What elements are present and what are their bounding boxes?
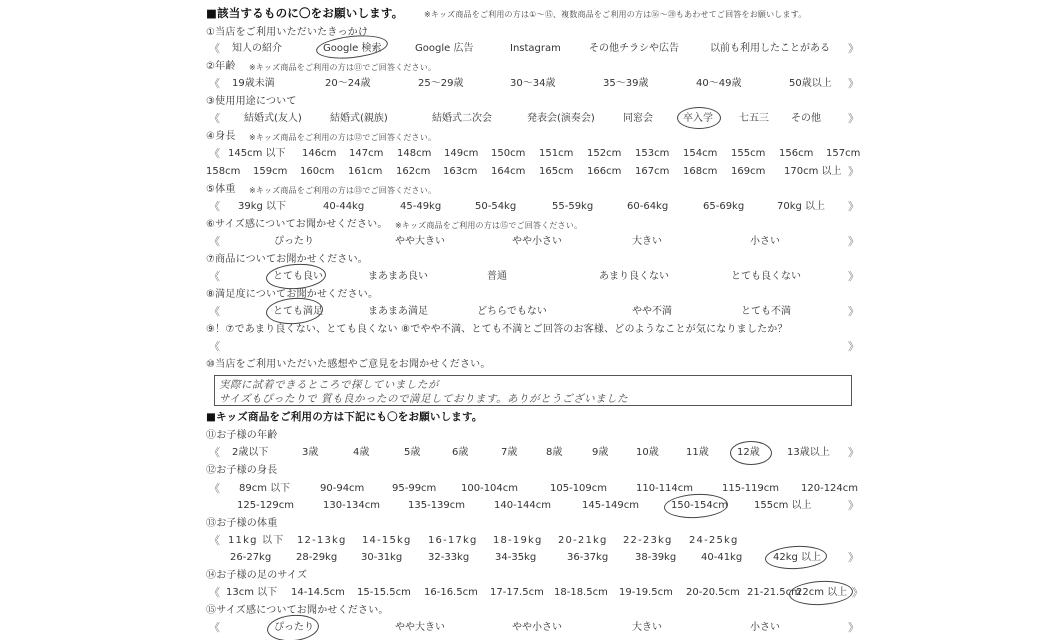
q5-option[interactable]: 40-44kg xyxy=(323,201,364,213)
q13-option[interactable]: 12-13kg xyxy=(297,535,347,547)
bracket-close: 》 xyxy=(848,43,859,55)
bracket-close: 》 xyxy=(848,447,859,459)
q4-option[interactable]: 160cm xyxy=(300,166,334,178)
bracket-close: 》 xyxy=(848,236,859,248)
bracket-open: 《 xyxy=(209,622,220,634)
q14-option[interactable]: 18-18.5cm xyxy=(554,587,608,599)
q12-option[interactable]: 120-124cm xyxy=(801,483,858,495)
q11-option[interactable]: 2歳以下 xyxy=(232,447,268,459)
q3-option[interactable]: 結婚式(親族) xyxy=(330,113,388,125)
q15-option[interactable]: 大きい xyxy=(632,622,662,634)
q6-label: ⑥サイズ感についてお聞かせください。 xyxy=(206,219,388,231)
bracket-open: 《 xyxy=(209,43,220,55)
comment-line-2: サイズもぴったりで 質も良かったので満足しております。ありがとうございました xyxy=(219,391,628,406)
q13-option[interactable]: 26-27kg xyxy=(230,552,271,564)
bracket-open: 《 xyxy=(209,341,220,353)
q12-option[interactable]: 145-149cm xyxy=(582,500,639,512)
q11-option[interactable]: 4歳 xyxy=(353,447,369,459)
q5-option[interactable]: 65-69kg xyxy=(703,201,744,213)
bracket-open: 《 xyxy=(209,236,220,248)
q4-option[interactable]: 159cm xyxy=(253,166,287,178)
q13-option[interactable]: 32-33kg xyxy=(428,552,469,564)
q1-option[interactable]: Instagram xyxy=(510,43,561,55)
bracket-close: 》 xyxy=(848,306,859,318)
q13-option[interactable]: 34-35kg xyxy=(495,552,536,564)
q13-option[interactable]: 42kg 以上 xyxy=(773,552,821,564)
q8-label: ⑧満足度についてお聞かせください。 xyxy=(206,289,378,301)
q5-note: ※キッズ商品をご利用の方は⑬でご回答ください。 xyxy=(249,185,436,197)
bracket-open: 《 xyxy=(209,271,220,283)
comment-line-1: 実際に試着できるところで探していましたが xyxy=(219,377,439,392)
q15-label: ⑮サイズ感についてお聞かせください。 xyxy=(206,605,389,617)
q15-option[interactable]: やや小さい xyxy=(512,622,562,634)
bracket-open: 《 xyxy=(209,483,220,495)
q8-option[interactable]: どちらでもない xyxy=(477,306,547,318)
q6-option[interactable]: ぴったり xyxy=(274,236,314,248)
q4-option[interactable]: 168cm xyxy=(683,166,717,178)
q9-label: ⑨！⑦であまり良くない、とても良くない ⑧でやや不満、とても不満とご回答のお客様… xyxy=(206,324,788,336)
q11-option[interactable]: 13歳以上 xyxy=(787,447,830,459)
q6-note: ※キッズ商品をご利用の方は⑮でご回答ください。 xyxy=(395,220,582,232)
q4-option[interactable]: 167cm xyxy=(635,166,669,178)
q4-option[interactable]: 156cm xyxy=(779,148,813,160)
bracket-open: 《 xyxy=(209,447,220,459)
survey-sheet: ■該当するものに〇をお願いします。 ※キッズ商品をご利用の方は①～⑮、複数商品を… xyxy=(0,0,1060,640)
q13-option[interactable]: 16-17kg xyxy=(428,535,478,547)
q12-option[interactable]: 95-99cm xyxy=(392,483,436,495)
q3-option[interactable]: その他 xyxy=(791,113,821,125)
q5-option[interactable]: 39kg 以下 xyxy=(238,201,286,213)
q13-option[interactable]: 30-31kg xyxy=(361,552,402,564)
bracket-close: 》 xyxy=(848,201,859,213)
q5-option[interactable]: 45-49kg xyxy=(400,201,441,213)
q14-option[interactable]: 16-16.5cm xyxy=(424,587,478,599)
q6-option[interactable]: 大きい xyxy=(632,236,662,248)
q12-option[interactable]: 155cm 以上 xyxy=(754,500,812,512)
q2-option[interactable]: 20～24歳 xyxy=(325,78,370,90)
q4-option[interactable]: 147cm xyxy=(349,148,383,160)
q4-option[interactable]: 148cm xyxy=(397,148,431,160)
q5-option[interactable]: 70kg 以上 xyxy=(777,201,825,213)
q7-option[interactable]: 普通 xyxy=(487,271,507,283)
q14-option[interactable]: 22cm 以上 xyxy=(796,587,847,599)
q14-option[interactable]: 19-19.5cm xyxy=(619,587,673,599)
q4-option[interactable]: 151cm xyxy=(539,148,573,160)
q11-option[interactable]: 11歳 xyxy=(686,447,709,459)
bracket-open: 《 xyxy=(209,535,220,547)
q13-option[interactable]: 18-19kg xyxy=(493,535,543,547)
q3-option[interactable]: 七五三 xyxy=(739,113,769,125)
q3-option[interactable]: 同窓会 xyxy=(623,113,653,125)
bracket-close: 》 xyxy=(848,271,859,283)
bracket-open: 《 xyxy=(209,113,220,125)
q3-option[interactable]: 結婚式(友人) xyxy=(244,113,302,125)
q12-option[interactable]: 150-154cm xyxy=(671,500,728,512)
q6-option[interactable]: 小さい xyxy=(750,236,780,248)
q13-label: ⑬お子様の体重 xyxy=(206,518,277,530)
q11-option[interactable]: 7歳 xyxy=(501,447,517,459)
comment-box[interactable]: 実際に試着できるところで探していましたが サイズもぴったりで 質も良かったので満… xyxy=(214,375,852,406)
q8-option[interactable]: とても満足 xyxy=(273,306,323,318)
q15-option[interactable]: 小さい xyxy=(750,622,780,634)
q15-option[interactable]: ぴったり xyxy=(274,622,314,634)
q4-option[interactable]: 145cm 以下 xyxy=(228,148,286,160)
bracket-close: 》 xyxy=(848,552,859,564)
q1-option[interactable]: Google 検索 xyxy=(323,43,381,55)
q12-option[interactable]: 125-129cm xyxy=(237,500,294,512)
q11-option[interactable]: 9歳 xyxy=(592,447,608,459)
q4-option[interactable]: 155cm xyxy=(731,148,765,160)
q4-option[interactable]: 165cm xyxy=(539,166,573,178)
q7-option[interactable]: とても良くない xyxy=(731,271,801,283)
q4-option[interactable]: 157cm xyxy=(826,148,860,160)
q4-option[interactable]: 170cm 以上 xyxy=(784,166,842,178)
q4-option[interactable]: 150cm xyxy=(491,148,525,160)
q11-option[interactable]: 5歳 xyxy=(404,447,420,459)
q5-option[interactable]: 55-59kg xyxy=(552,201,593,213)
bracket-close: 》 xyxy=(852,587,863,599)
q12-option[interactable]: 130-134cm xyxy=(323,500,380,512)
q11-option[interactable]: 6歳 xyxy=(452,447,468,459)
q14-option[interactable]: 20-20.5cm xyxy=(686,587,740,599)
q7-label: ⑦商品についてお聞かせください。 xyxy=(206,254,368,266)
q12-option[interactable]: 135-139cm xyxy=(408,500,465,512)
q13-option[interactable]: 22-23kg xyxy=(623,535,673,547)
q2-option[interactable]: 25～29歳 xyxy=(418,78,463,90)
q3-label: ③使用用途について xyxy=(206,96,297,108)
q14-option[interactable]: 21-21.5cm xyxy=(747,587,801,599)
q5-label: ⑤体重 xyxy=(206,184,236,196)
q4-option[interactable]: 149cm xyxy=(444,148,478,160)
q12-label: ⑫お子様の身長 xyxy=(206,465,277,477)
bracket-close: 》 xyxy=(848,341,859,353)
q4-option[interactable]: 154cm xyxy=(683,148,717,160)
q4-option[interactable]: 162cm xyxy=(396,166,430,178)
q12-option[interactable]: 110-114cm xyxy=(636,483,693,495)
q3-option[interactable]: 卒入学 xyxy=(683,113,713,125)
q7-option[interactable]: とても良い xyxy=(273,271,323,283)
q15-option[interactable]: やや大きい xyxy=(395,622,445,634)
q4-option[interactable]: 164cm xyxy=(491,166,525,178)
q8-option[interactable]: まあまあ満足 xyxy=(368,306,428,318)
q7-option[interactable]: あまり良くない xyxy=(599,271,669,283)
q1-option[interactable]: 以前も利用したことがある xyxy=(710,43,830,55)
q14-option[interactable]: 14-14.5cm xyxy=(291,587,345,599)
q3-option[interactable]: 発表会(演奏会) xyxy=(527,113,595,125)
q6-option[interactable]: やや小さい xyxy=(512,236,562,248)
q11-option[interactable]: 8歳 xyxy=(546,447,562,459)
q4-option[interactable]: 152cm xyxy=(587,148,621,160)
q7-option[interactable]: まあまあ良い xyxy=(368,271,428,283)
q13-option[interactable]: 38-39kg xyxy=(635,552,676,564)
q4-option[interactable]: 166cm xyxy=(587,166,621,178)
q2-option[interactable]: 50歳以上 xyxy=(789,78,832,90)
kids-section-title: ■キッズ商品をご利用の方は下記にも〇をお願いします。 xyxy=(206,411,483,423)
q2-note: ※キッズ商品をご利用の方は⑪でご回答ください。 xyxy=(249,62,436,74)
bracket-open: 《 xyxy=(209,306,220,318)
q11-label: ⑪お子様の年齢 xyxy=(206,430,277,442)
q12-option[interactable]: 140-144cm xyxy=(494,500,551,512)
q13-option[interactable]: 14-15kg xyxy=(362,535,412,547)
q12-option[interactable]: 89cm 以下 xyxy=(239,483,290,495)
bracket-close: 》 xyxy=(848,500,859,512)
bracket-open: 《 xyxy=(209,201,220,213)
q4-note: ※キッズ商品をご利用の方は⑫でご回答ください。 xyxy=(249,132,436,144)
q13-option[interactable]: 11kg 以下 xyxy=(228,535,284,547)
q14-label: ⑭お子様の足のサイズ xyxy=(206,570,307,582)
q3-option[interactable]: 結婚式二次会 xyxy=(432,113,492,125)
q14-option[interactable]: 13cm 以下 xyxy=(226,587,277,599)
q2-label: ②年齢 xyxy=(206,61,236,73)
q2-option[interactable]: 40～49歳 xyxy=(696,78,741,90)
q6-option[interactable]: やや大きい xyxy=(395,236,445,248)
q5-option[interactable]: 50-54kg xyxy=(475,201,516,213)
q12-option[interactable]: 100-104cm xyxy=(461,483,518,495)
bracket-close: 》 xyxy=(848,78,859,90)
q1-label: ①当店をご利用いただいたきっかけ xyxy=(206,27,368,39)
q11-option[interactable]: 10歳 xyxy=(636,447,659,459)
q4-option[interactable]: 158cm xyxy=(206,166,240,178)
q10-label: ⑩当店をご利用いただいた感想やご意見をお聞かせください。 xyxy=(206,359,491,371)
q2-option[interactable]: 19歳未満 xyxy=(232,78,275,90)
q12-option[interactable]: 115-119cm xyxy=(722,483,779,495)
q14-option[interactable]: 15-15.5cm xyxy=(357,587,411,599)
q13-option[interactable]: 20-21kg xyxy=(558,535,608,547)
q4-option[interactable]: 161cm xyxy=(348,166,382,178)
q4-option[interactable]: 146cm xyxy=(302,148,336,160)
bracket-close: 》 xyxy=(848,113,859,125)
q13-option[interactable]: 28-29kg xyxy=(296,552,337,564)
bracket-open: 《 xyxy=(209,587,220,599)
q1-option[interactable]: その他チラシや広告 xyxy=(589,43,679,55)
bracket-close: 》 xyxy=(848,622,859,634)
q13-option[interactable]: 40-41kg xyxy=(701,552,742,564)
q12-option[interactable]: 90-94cm xyxy=(320,483,364,495)
q1-option[interactable]: 知人の紹介 xyxy=(232,43,282,55)
q4-label: ④身長 xyxy=(206,131,236,143)
q1-option[interactable]: Google 広告 xyxy=(415,43,473,55)
q12-option[interactable]: 105-109cm xyxy=(550,483,607,495)
q5-option[interactable]: 60-64kg xyxy=(627,201,668,213)
q8-option[interactable]: やや不満 xyxy=(632,306,672,318)
q13-option[interactable]: 36-37kg xyxy=(567,552,608,564)
q14-option[interactable]: 17-17.5cm xyxy=(490,587,544,599)
q4-option[interactable]: 163cm xyxy=(443,166,477,178)
q8-option[interactable]: とても不満 xyxy=(741,306,791,318)
bracket-open: 《 xyxy=(209,148,220,160)
q4-option[interactable]: 153cm xyxy=(635,148,669,160)
bracket-open: 《 xyxy=(209,78,220,90)
q4-option[interactable]: 169cm xyxy=(731,166,765,178)
q11-option[interactable]: 12歳 xyxy=(737,447,760,459)
header-note: ※キッズ商品をご利用の方は①～⑮、複数商品をご利用の方は⑯～⑳もあわせてご回答を… xyxy=(424,9,806,21)
q11-option[interactable]: 3歳 xyxy=(302,447,318,459)
page-title: ■該当するものに〇をお願いします。 xyxy=(206,7,403,19)
q13-option[interactable]: 24-25kg xyxy=(689,535,739,547)
bracket-close: 》 xyxy=(848,166,859,178)
q2-option[interactable]: 30～34歳 xyxy=(510,78,555,90)
q2-option[interactable]: 35～39歳 xyxy=(603,78,648,90)
